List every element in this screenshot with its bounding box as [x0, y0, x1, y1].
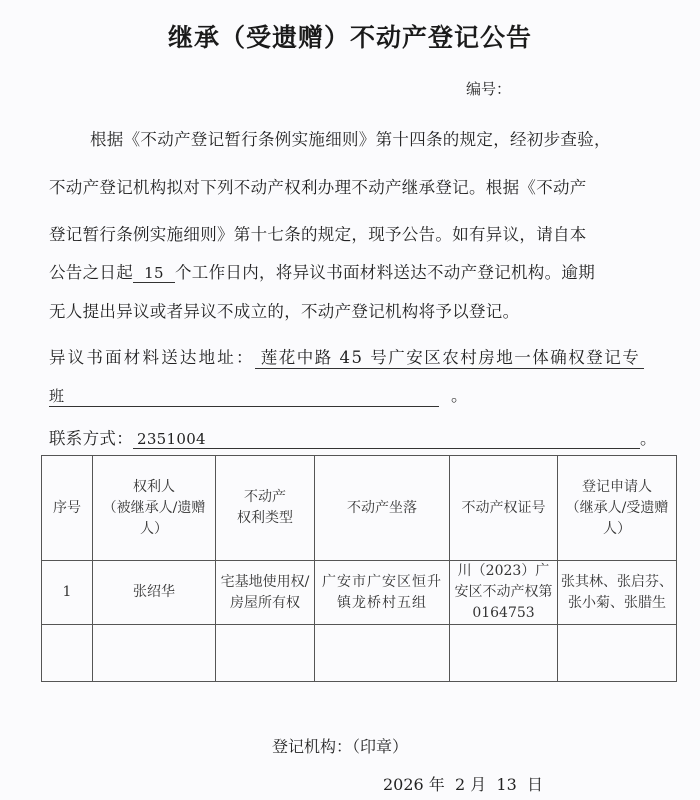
header-index: 序号 [42, 456, 93, 561]
cell-right-type [216, 625, 315, 682]
serial-number-label: 编号： [466, 78, 511, 99]
objection-address-row-2: 班。 [49, 382, 468, 407]
header-right-type-line-1: 不动产 [219, 487, 311, 508]
cell-applicants: 张其林、张启芬、张小菊、张腊生 [558, 561, 677, 625]
contact-value: 2351004 [133, 430, 640, 449]
notice-date: 2026 年 2 月 13 日 [383, 772, 543, 795]
header-applicants-line-2: （继承人/受遗赠 [561, 498, 673, 519]
header-applicants-line-1: 登记申请人 [561, 477, 673, 498]
header-certificate: 不动产权证号 [450, 456, 558, 561]
header-holder-line-2: （被继承人/遗赠 [96, 498, 212, 519]
cell-right-type: 宅基地使用权/房屋所有权 [216, 561, 315, 625]
header-location-text: 不动产坐落 [347, 500, 417, 516]
paragraph-line-2: 不动产登记机构拟对下列不动产权利办理不动产继承登记。根据《不动产 [49, 174, 587, 198]
registration-authority-seal: 登记机构：（印章） [272, 734, 408, 757]
contact-label: 联系方式： [49, 429, 133, 448]
header-location: 不动产坐落 [315, 456, 450, 561]
header-right-type-line-2: 权利类型 [219, 508, 311, 529]
header-holder-line-3: 人） [96, 519, 212, 540]
objection-address-label: 异议书面材料送达地址： [49, 348, 255, 367]
cell-index: 1 [42, 561, 93, 625]
objection-address-value-2: 班 [49, 385, 439, 407]
cell-holder: 张绍华 [93, 561, 216, 625]
paragraph-line-5: 无人提出异议或者异议不成立的，不动产登记机构将予以登记。 [49, 298, 519, 322]
cell-holder [93, 625, 216, 682]
objection-address-value: 莲花中路 45 号广安区农村房地一体确权登记专 [255, 344, 644, 369]
cell-index [42, 625, 93, 682]
table-row [42, 625, 677, 682]
header-index-text: 序号 [53, 500, 81, 516]
table-header-row: 序号 权利人 （被继承人/遗赠 人） 不动产 权利类型 不动产坐落 不动产权证号… [42, 456, 677, 561]
cell-applicants [558, 625, 677, 682]
paragraph-line-3: 登记暂行条例实施细则》第十七条的规定，现予公告。如有异议，请自本 [49, 221, 587, 245]
paragraph-line-4-suffix: 个工作日内，将异议书面材料送达不动产登记机构。逾期 [175, 263, 595, 282]
objection-address-end: 。 [451, 386, 468, 405]
header-right-type: 不动产 权利类型 [216, 456, 315, 561]
days-value: 15 [133, 264, 175, 283]
contact-row: 联系方式：2351004。 [49, 425, 657, 449]
cell-certificate: 川（2023）广安区不动产权第0164753 [450, 561, 558, 625]
cell-location [315, 625, 450, 682]
cell-location: 广安市广安区恒升镇龙桥村五组 [315, 561, 450, 625]
cell-certificate [450, 625, 558, 682]
objection-address-row: 异议书面材料送达地址：莲花中路 45 号广安区农村房地一体确权登记专 [49, 344, 644, 369]
table-row: 1 张绍华 宅基地使用权/房屋所有权 广安市广安区恒升镇龙桥村五组 川（2023… [42, 561, 677, 625]
header-holder: 权利人 （被继承人/遗赠 人） [93, 456, 216, 561]
paragraph-line-4: 公告之日起15个工作日内，将异议书面材料送达不动产登记机构。逾期 [49, 259, 595, 283]
header-applicants: 登记申请人 （继承人/受遗赠 人） [558, 456, 677, 561]
header-holder-line-1: 权利人 [96, 477, 212, 498]
header-applicants-line-3: 人） [561, 519, 673, 540]
paragraph-line-4-prefix: 公告之日起 [49, 263, 133, 282]
registration-table: 序号 权利人 （被继承人/遗赠 人） 不动产 权利类型 不动产坐落 不动产权证号… [41, 455, 677, 682]
header-certificate-text: 不动产权证号 [462, 500, 546, 516]
paragraph-line-1: 根据《不动产登记暂行条例实施细则》第十四条的规定，经初步查验， [90, 126, 611, 150]
contact-end: 。 [640, 429, 657, 448]
page-title: 继承（受遗赠）不动产登记公告 [0, 18, 700, 54]
